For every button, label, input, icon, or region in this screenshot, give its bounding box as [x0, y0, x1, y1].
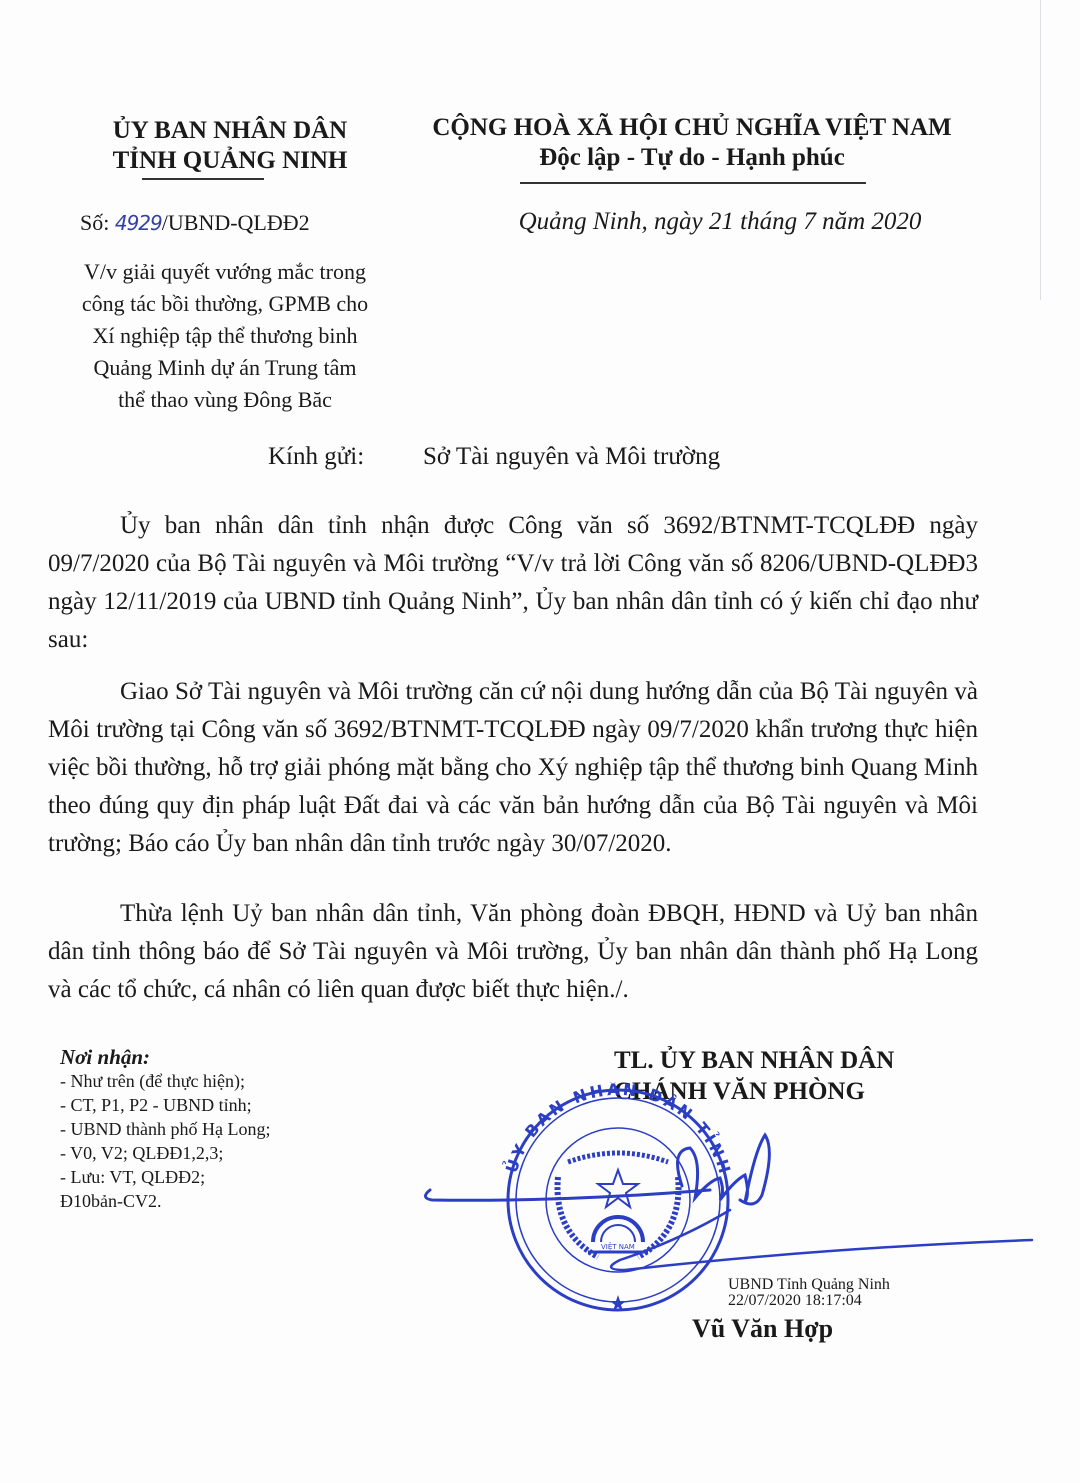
org-line-1: ỦY BAN NHÂN DÂN [60, 116, 400, 146]
scan-edge-artifact [1040, 0, 1041, 300]
national-header: CỘNG HOÀ XÃ HỘI CHỦ NGHĨA VIỆT NAM Độc l… [414, 113, 970, 173]
recipient-line: Kính gửi:Sở Tài nguyên và Môi trường [268, 443, 720, 471]
nation-name: CỘNG HOÀ XÃ HỘI CHỦ NGHĨA VIỆT NAM [414, 113, 970, 143]
issuing-organization: ỦY BAN NHÂN DÂN TỈNH QUẢNG NINH [60, 116, 400, 176]
body-paragraph-3: Thừa lệnh Uỷ ban nhân dân tỉnh, Văn phòn… [48, 895, 978, 1009]
subject-line: công tác bồi thường, GPMB cho [40, 288, 410, 320]
distribution-item: - CT, P1, P2 - UBND tỉnh; [60, 1093, 270, 1117]
distribution-heading: Nơi nhận: [60, 1045, 270, 1069]
subject-line: V/v giải quyết vướng mắc trong [40, 256, 410, 288]
body-paragraph-2: Giao Sở Tài nguyên và Môi trường căn cứ … [48, 673, 978, 863]
distribution-item: - Lưu: VT, QLĐĐ2; [60, 1165, 270, 1189]
document-number: Số: 4929/UBND-QLĐĐ2 [80, 210, 310, 236]
national-motto: Độc lập - Tự do - Hạnh phúc [414, 143, 970, 173]
subject-line: Quảng Minh dự án Trung tâm [40, 352, 410, 384]
org-underline [142, 178, 264, 180]
handwritten-signature-icon [420, 1120, 1060, 1300]
recipient-name: Sở Tài nguyên và Môi trường [423, 443, 720, 470]
subject-line: Xí nghiệp tập thể thương binh [40, 320, 410, 352]
motto-underline [520, 182, 866, 184]
digital-signature-org: UBND Tỉnh Quảng Ninh [728, 1277, 890, 1293]
distribution-item: - UBND thành phố Hạ Long; [60, 1117, 270, 1141]
signature-title-line-1: TL. ỦY BAN NHÂN DÂN [614, 1045, 894, 1076]
digital-signature-time: 22/07/2020 18:17:04 [728, 1293, 890, 1309]
distribution-list: Nơi nhận: - Như trên (để thực hiện); - C… [60, 1045, 270, 1213]
recipient-label: Kính gửi: [268, 443, 423, 471]
place-and-date: Quảng Ninh, ngày 21 tháng 7 năm 2020 [470, 208, 970, 236]
signer-name: Vũ Văn Hợp [692, 1314, 833, 1344]
distribution-item: - Như trên (để thực hiện); [60, 1069, 270, 1093]
body-paragraph-1: Ủy ban nhân dân tỉnh nhận được Công văn … [48, 507, 978, 659]
number-handwritten: 4929 [115, 211, 162, 235]
org-line-2: TỈNH QUẢNG NINH [60, 146, 400, 176]
subject-line: thể thao vùng Đông Băc [40, 384, 410, 416]
digital-signature-info: UBND Tỉnh Quảng Ninh 22/07/2020 18:17:04 [728, 1277, 890, 1309]
document-subject: V/v giải quyết vướng mắc trong công tác … [40, 256, 410, 416]
number-prefix: Số: [80, 210, 115, 235]
number-suffix: /UBND-QLĐĐ2 [162, 210, 310, 235]
distribution-item: Đ10bản-CV2. [60, 1189, 270, 1213]
distribution-item: - V0, V2; QLĐĐ1,2,3; [60, 1141, 270, 1165]
